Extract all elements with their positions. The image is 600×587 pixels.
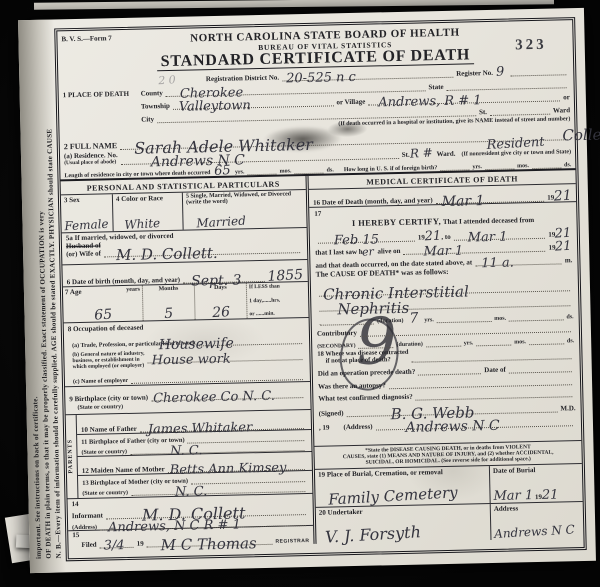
certificate-form: 323 B. V. S.—Form 7 NORTH CAROLINA STATE… [54,17,587,561]
certification-block: 9 17 I HEREBY CERTIFY, That I attended d… [309,202,581,446]
registrar-label: REGISTRAR [275,538,309,545]
birthplace-value: Cherokee Co N. C. [153,389,275,407]
form-number: B. V. S.—Form 7 [61,33,151,43]
physician-address: Andrews N C [405,418,499,436]
dotted-line [485,161,514,170]
certificate-columns: PERSONAL AND STATISTICAL PARTICULARS 3 S… [61,168,584,549]
undertaker-address-value: Andrews N C [494,526,580,539]
dotted-line [440,162,469,171]
birth-date-row: 6 Date of birth (month, day, and year) S… [62,260,307,287]
sex-value: Female [64,221,109,231]
dotted-line [247,167,276,176]
age-years-value: 65 [94,311,112,321]
undertaker-cell: 20 Undertaker V. J. Forsyth [316,504,492,544]
filed-year-prefix: 19 [137,540,144,548]
date-of-death-year: 21 [554,191,572,201]
spouse-value: M. D. Collett. [116,244,218,264]
birthplace-sub-label: (State or country) [77,404,123,411]
burial-date-cell: Date of Burial Mar 1 1921 [490,464,583,503]
mother-birthplace-value: N. C. [175,484,208,500]
age-label: 7 Age [65,288,82,296]
length-value: 65 [214,167,231,176]
undertaker-address-label: Address [494,503,580,513]
less-label: 1 day,......hrs. [249,297,306,304]
burial-date-year: 21 [542,488,559,503]
or-label: or [563,93,570,101]
certify-rest-label: That I attended deceased from [443,216,534,226]
wife-of-label: (or) Wife of [66,249,101,258]
duration-value: 7 [409,314,418,324]
sex-race-marital-row: 3 Sex Female 4 Color or Race White 5 Sin… [61,190,307,233]
burial-date-value: Mar 1 [493,488,533,504]
year-line-label: , 19 [319,424,330,432]
burial-place-cell: 19 Place of Burial, Cremation, or remova… [315,466,491,507]
dotted-line [294,166,323,175]
death-time-value: 11 a. [481,255,514,271]
dotted-line: M. D. Collett. [104,245,300,257]
age-years-cell: 7 Ageyears 65 [63,286,144,323]
father-birthplace-sub: (State or country) [81,448,127,455]
yrs-label: yrs. [472,164,482,170]
informant-number: 14 [72,500,79,508]
medical-column: MEDICAL CERTIFICATE OF DEATH 16 Date of … [309,170,584,544]
spouse-row: 5a If married, widowed, or divorced Husb… [62,228,308,265]
mother-name-label: 12 Maiden Name of Mother [82,465,165,475]
yrs-label: yrs. [235,169,245,175]
burial-row: 19 Place of Burial, Cremation, or remova… [315,464,583,508]
parents-block: PARENTS 10 Name of Father James Whitaker… [66,410,313,499]
header-spacer [498,24,568,26]
race-label: 4 Color or Race [116,194,179,203]
employer-label: (c) Name of employer [73,378,128,385]
burial-place-label: 19 Place of Burial, Cremation, or remova… [318,467,486,479]
father-name-label: 10 Name of Father [81,424,137,433]
dotted-line: Andrews N C [375,418,573,430]
residence-street-label: St. [402,151,410,159]
dotted-line: Betts Ann Kimsey [168,462,305,473]
age-months-cell: Months 5 [143,284,196,320]
dotted-line: House work [148,352,303,363]
mos-label: mos. [280,168,292,174]
industry-value: House work [152,352,231,369]
years-label: years [126,287,140,295]
race-value: White [124,219,187,230]
certificate-paper: N. B.—Every item of information should b… [18,8,596,573]
burial-date-label: Date of Burial [493,465,579,475]
occupation-row: 8 Occupation of deceased (a) Trade, Prof… [64,318,310,387]
filed-number: 15 [72,531,79,539]
resident-note: Resident [487,139,545,151]
ds-label: ds. [564,162,571,168]
filed-date-value: 3/4 [104,538,125,553]
race-cell: 4 Color or Race White [113,193,184,232]
paper-edge-top [34,0,554,10]
birth-year-value: 1855 [268,271,304,282]
months-label: Months [145,286,192,293]
age-row: 7 Ageyears 65 Months 5 Days 26 If LESS [63,282,309,323]
m-label: m. [565,256,573,264]
personal-column: PERSONAL AND STATISTICAL PARTICULARS 3 S… [61,176,317,549]
birth-date-label: 6 Date of birth (month, day, and year) [67,276,181,286]
undertaker-address-cell: Address Andrews N C [491,502,584,540]
age-months-value: 5 [164,310,173,320]
sex-cell: 3 Sex Female [61,194,114,232]
age-days-value: 26 [212,308,230,318]
last-saw-year: 21 [555,242,572,251]
item-17-number: 17 [314,210,321,218]
mos-label: mos. [517,163,529,169]
undertaker-row: 20 Undertaker V. J. Forsyth Address Andr… [316,502,584,544]
undertaker-value: V. J. Forsyth [325,523,493,543]
certify-bold-label: I HEREBY CERTIFY, [352,216,441,228]
to-label: , to [441,233,451,241]
attended-to-year: 21 [555,229,572,238]
dotted-line: 3/4 [100,540,134,549]
mother-birthplace-sub: (State or country) [82,490,128,497]
industry-label: which employed (or employer) [73,363,145,371]
filed-label: Filed [81,541,96,549]
less-than-day-cell: If LESS than 1 day,......hrs. or ......m… [247,282,309,318]
ds-label: ds. [327,167,334,173]
burial-place-value: Family Cemetery [328,486,496,505]
dotted-line [532,160,561,169]
birth-date-value: Sept. 3 [191,272,242,289]
registrar-signature: M C Thomas [160,534,256,554]
dotted-line: M C Thomas [147,537,273,548]
dotted-line: Sept. 3 [183,274,265,284]
attended-from-year: 21 [424,232,441,241]
sex-label: 3 Sex [64,195,109,204]
less-label: or ......min. [249,310,306,317]
marital-label: 5 Single, Married, Widowed, or Divorced … [186,191,303,206]
street-label: St. [479,108,487,116]
residence-label-group: (a) Residence. No. (Usual place of abode… [64,151,118,166]
marital-value: Married [196,214,313,228]
marital-cell: 5 Single, Married, Widowed, or Divorced … [183,190,307,230]
signed-address-label: (Address) [343,423,372,432]
photo-background: N. B.—Every item of information should b… [0,0,600,587]
register-no-value: 9 [496,68,505,77]
parents-label: PARENTS [67,439,74,474]
